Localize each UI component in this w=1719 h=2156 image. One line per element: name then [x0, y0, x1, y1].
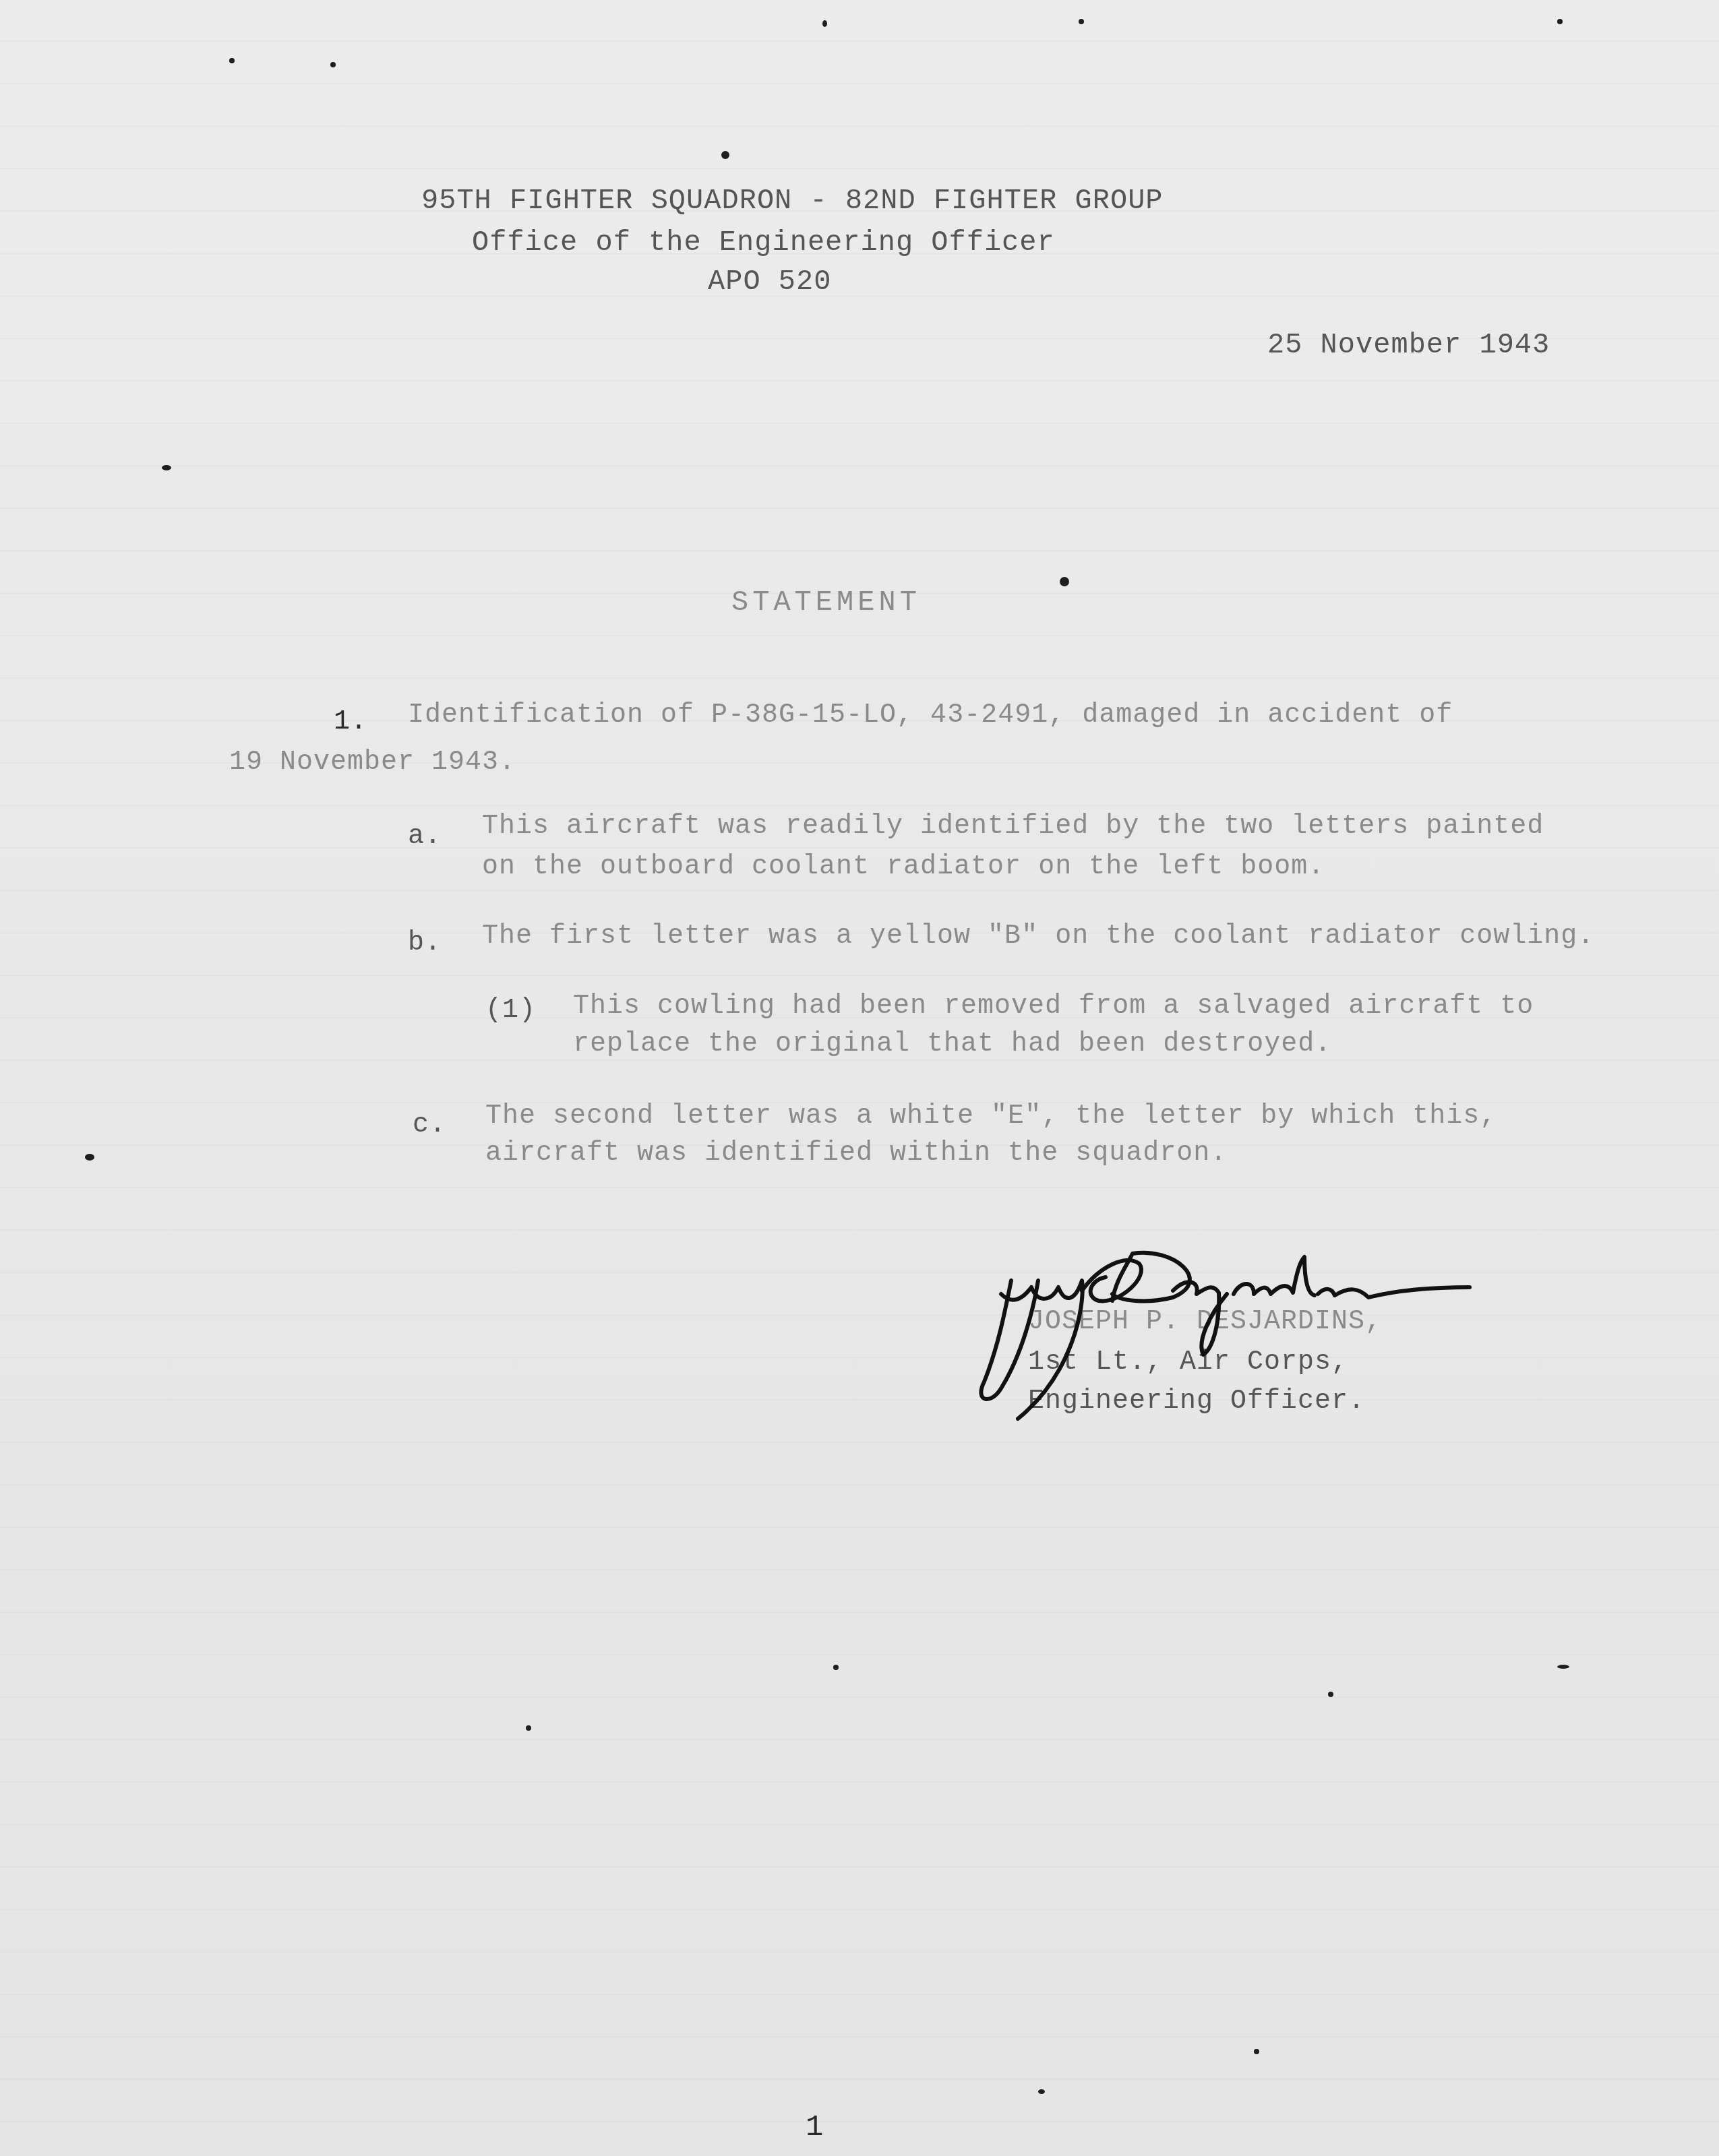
letterhead-unit: 95TH FIGHTER SQUADRON - 82ND FIGHTER GRO…	[421, 186, 1164, 216]
scan-speck	[1254, 2049, 1259, 2054]
scan-speck	[85, 1154, 94, 1161]
item-b1-line-2: replace the original that had been destr…	[573, 1030, 1331, 1059]
scan-speck	[822, 20, 827, 27]
scan-speck	[1328, 1692, 1333, 1697]
scan-speck	[1557, 1665, 1569, 1669]
item-b-line-1: The first letter was a yellow "B" on the…	[482, 922, 1594, 952]
scan-speck	[1079, 19, 1084, 24]
letterhead-apo: APO 520	[708, 267, 831, 297]
paragraph-number: 1.	[334, 708, 367, 737]
item-b1-line-1: This cowling had been removed from a sal…	[573, 992, 1534, 1022]
scan-speck	[1038, 2089, 1045, 2094]
scan-speck	[526, 1725, 531, 1731]
handwritten-signature	[971, 1240, 1503, 1429]
scan-speck	[229, 58, 235, 63]
item-c-line-1: The second letter was a white "E", the l…	[485, 1102, 1497, 1132]
page-number: 1	[806, 2113, 824, 2143]
document-title: STATEMENT	[731, 588, 921, 617]
scan-speck	[330, 62, 336, 67]
item-a-line-2: on the outboard coolant radiator on the …	[482, 853, 1325, 882]
scan-speck	[1557, 19, 1563, 24]
item-c-line-2: aircraft was identified within the squad…	[485, 1139, 1227, 1169]
scan-speck	[833, 1665, 839, 1670]
document-date: 25 November 1943	[1267, 330, 1550, 360]
scan-speck	[162, 465, 171, 470]
paragraph-1-line-2: 19 November 1943.	[229, 748, 516, 778]
item-c-label: c.	[413, 1111, 446, 1140]
item-a-label: a.	[408, 822, 442, 852]
document-page: 95TH FIGHTER SQUADRON - 82ND FIGHTER GRO…	[0, 0, 1719, 2156]
letterhead-office: Office of the Engineering Officer	[472, 228, 1055, 257]
item-b-label: b.	[408, 929, 442, 958]
item-a-line-1: This aircraft was readily identified by …	[482, 812, 1544, 842]
paragraph-1-line-1: Identification of P-38G-15-LO, 43-2491, …	[408, 701, 1453, 731]
scan-speck	[1060, 577, 1069, 586]
scan-speck	[721, 151, 729, 159]
item-b1-label: (1)	[485, 996, 536, 1026]
